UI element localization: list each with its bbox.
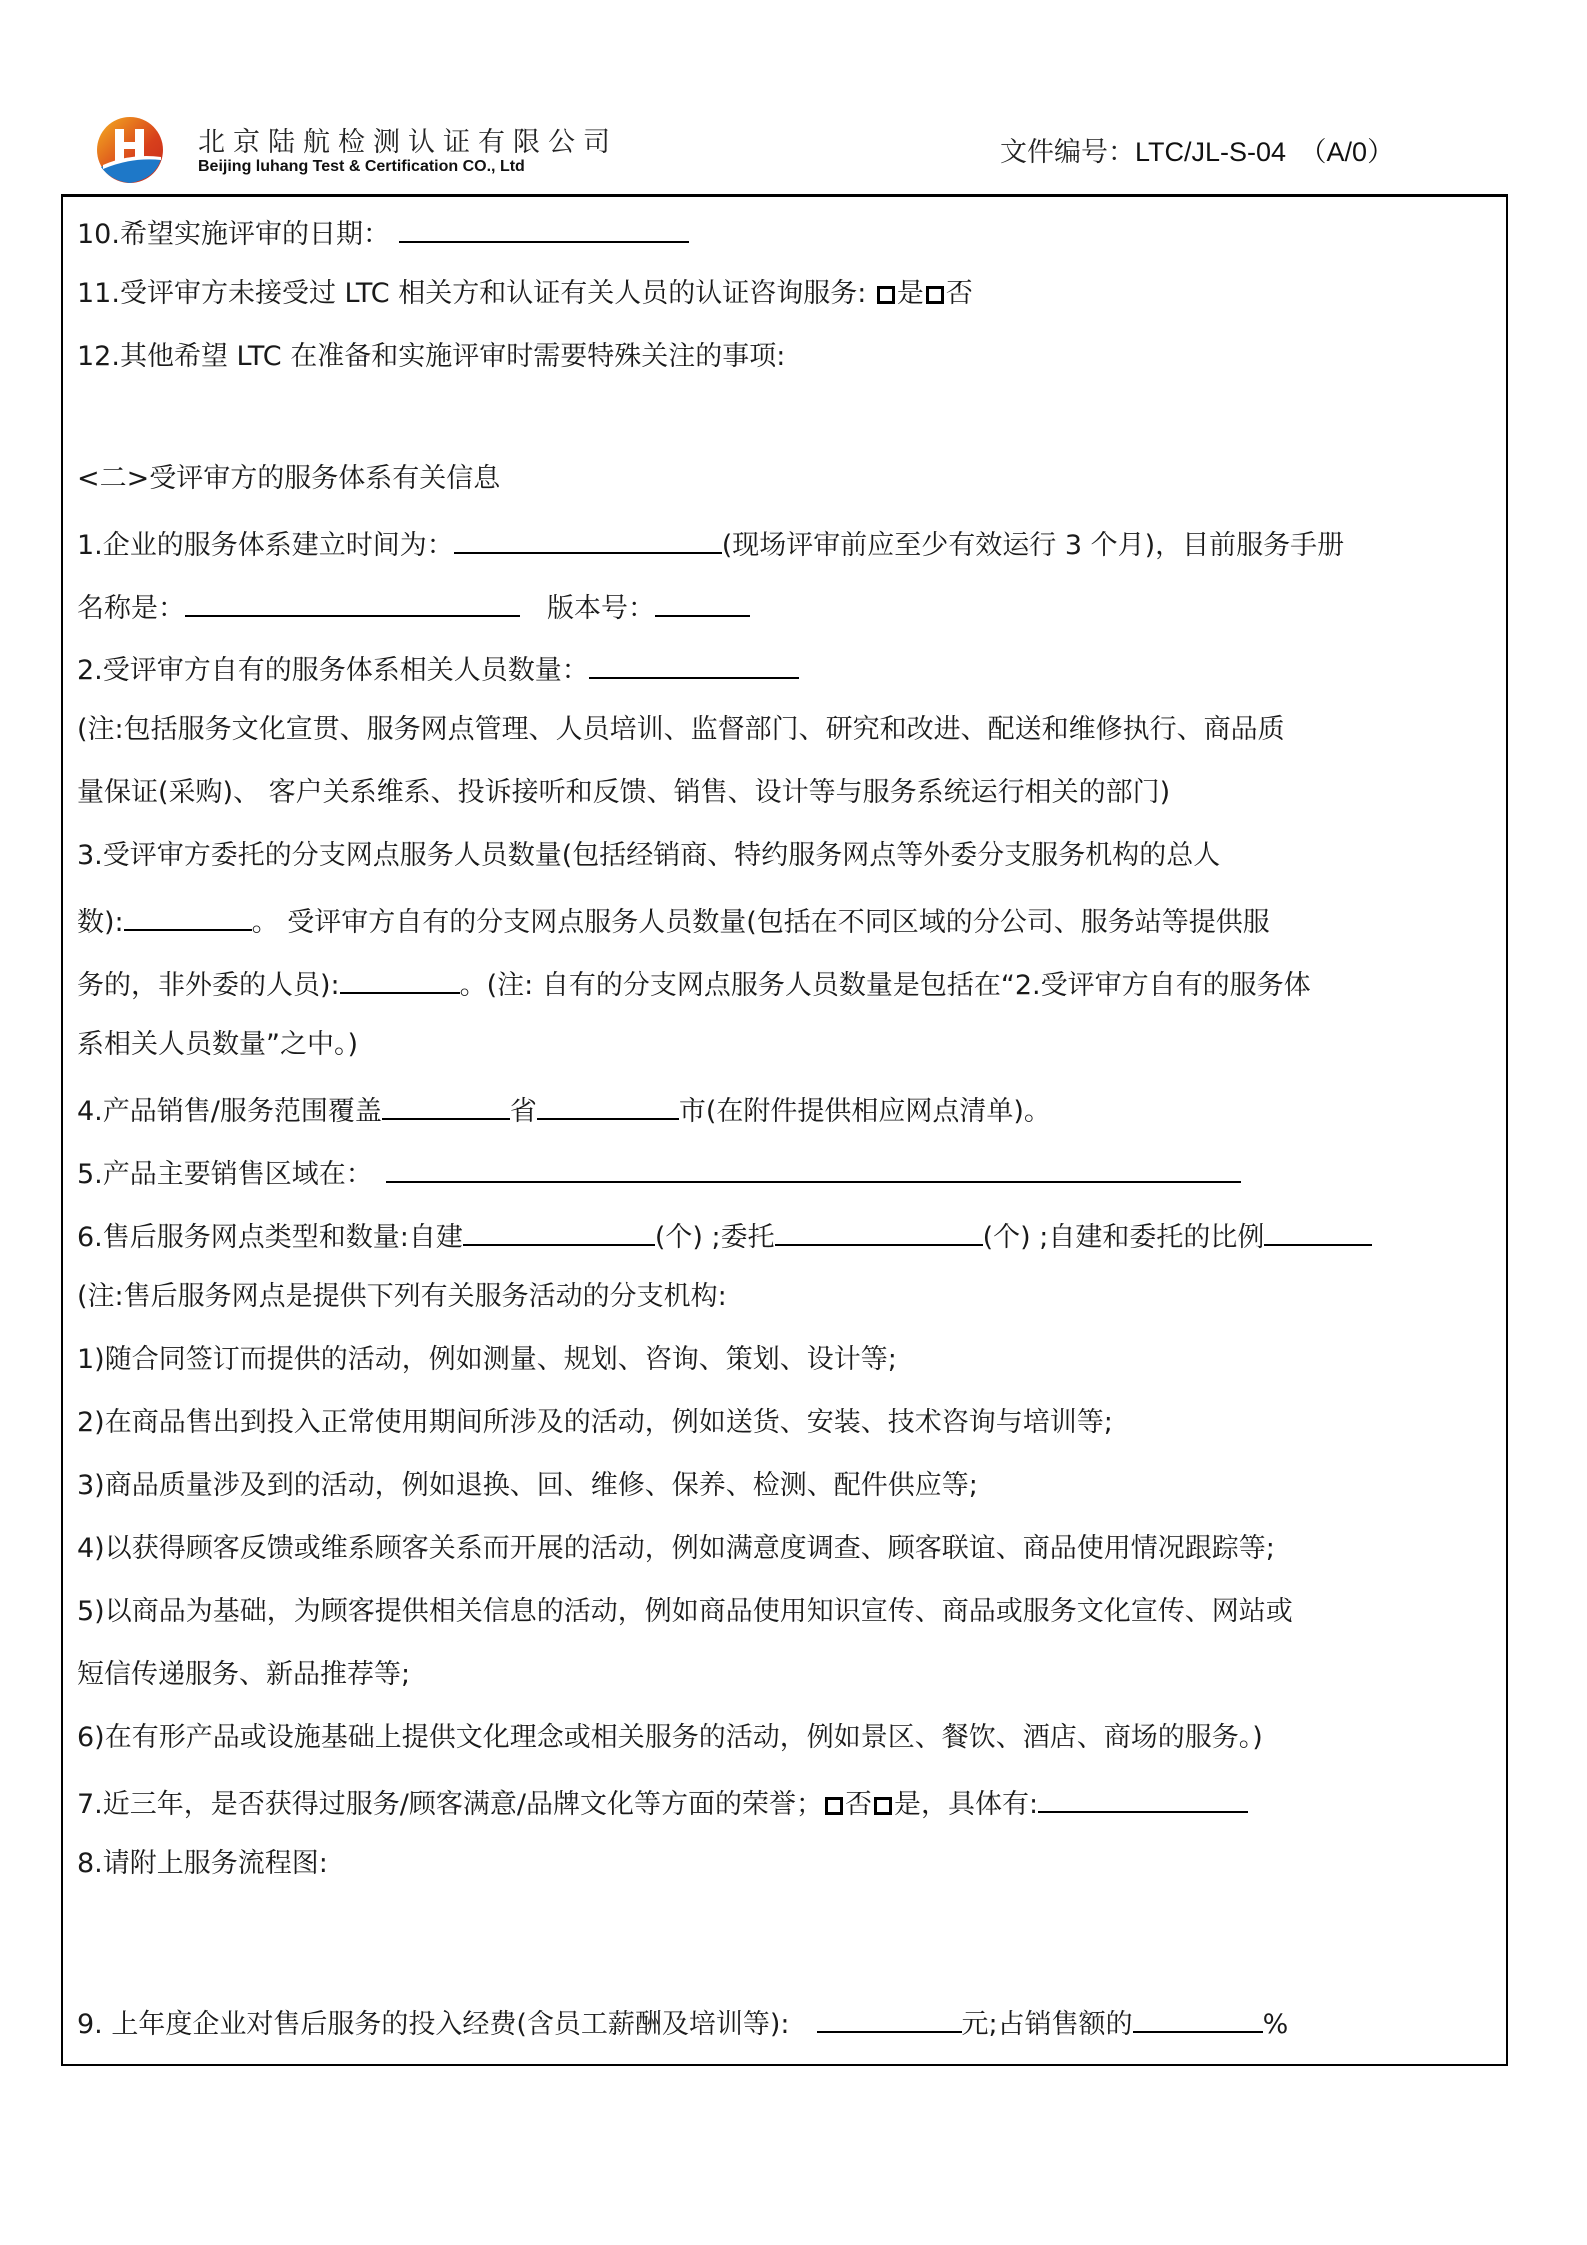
form-box: 10.希望实施评审的日期： 11.受评审方未接受过 LTC 相关方和认证有关人员… (61, 194, 1508, 2066)
s2-item-3-line2: 数):。 受评审方自有的分支网点服务人员数量(包括在不同区域的分公司、服务站等提… (77, 899, 1270, 943)
s2-item-4-label: 4.产品销售/服务范围覆盖 (77, 1096, 382, 1127)
s2-item-2-label: 2.受评审方自有的服务体系相关人员数量： (77, 655, 589, 686)
activity-list-item: 4)以获得顾客反馈或维系顾客关系而开展的活动，例如满意度调查、顾客联谊、商品使用… (77, 1529, 1275, 1569)
ratio-field[interactable] (1264, 1214, 1372, 1246)
option-no-label: 否 (946, 278, 973, 309)
activity-list-item: 5)以商品为基础，为顾客提供相关信息的活动，例如商品使用知识宣传、商品或服务文化… (77, 1592, 1293, 1632)
percent-sign: % (1263, 2009, 1289, 2040)
review-date-field[interactable] (399, 211, 689, 243)
version-label: 版本号： (547, 593, 655, 624)
company-logo-icon (95, 115, 165, 185)
s2-item-2: 2.受评审方自有的服务体系相关人员数量： (77, 647, 799, 691)
sales-percent-field[interactable] (1133, 2001, 1263, 2033)
activity-list-item: 3)商品质量涉及到的活动，例如退换、回、维修、保养、检测、配件供应等; (77, 1466, 978, 1506)
activity-list-item: 短信传递服务、新品推荐等; (77, 1655, 410, 1695)
s2-item-3-b: 。 受评审方自有的分支网点服务人员数量(包括在不同区域的分公司、服务站等提供服 (252, 907, 1270, 938)
s2-item-1-suffix: (现场评审前应至少有效运行 3 个月)，目前服务手册 (722, 530, 1344, 561)
s2-item-6-note: (注:售后服务网点是提供下列有关服务活动的分支机构: (77, 1277, 727, 1317)
s2-item-6-label: 6.售后服务网点类型和数量:自建 (77, 1222, 463, 1253)
activity-list-item: 1)随合同签订而提供的活动，例如测量、规划、咨询、策划、设计等; (77, 1340, 897, 1380)
investment-amount-field[interactable] (817, 2001, 962, 2033)
company-name-cn: 北京陆航检测认证有限公司 (198, 120, 618, 159)
s2-item-1: 1.企业的服务体系建立时间为：(现场评审前应至少有效运行 3 个月)，目前服务手… (77, 522, 1344, 566)
option-no-label: 否 (845, 1789, 872, 1820)
s2-item-7-suffix: ，具体有: (921, 1789, 1038, 1820)
s2-item-7-label: 7.近三年，是否获得过服务/顾客满意/品牌文化等方面的荣誉； (77, 1789, 823, 1820)
own-branch-staff-field[interactable] (340, 962, 460, 994)
manual-name-label: 名称是： (77, 593, 185, 624)
activity-list-item: 6)在有形产品或设施基础上提供文化理念或相关服务的活动，例如景区、餐饮、酒店、商… (77, 1718, 1263, 1758)
checkbox-no[interactable] (926, 286, 944, 304)
honors-field[interactable] (1038, 1781, 1248, 1813)
page-header: 北京陆航检测认证有限公司 Beijing luhang Test & Certi… (0, 0, 1587, 195)
staff-count-field[interactable] (589, 647, 799, 679)
outsourced-staff-field[interactable] (124, 899, 252, 931)
s2-item-3-line1: 3.受评审方委托的分支网点服务人员数量(包括经销商、特约服务网点等外委分支服务机… (77, 836, 1220, 876)
s2-item-8: 8.请附上服务流程图: (77, 1844, 328, 1884)
s2-item-5-label: 5.产品主要销售区域在： (77, 1159, 359, 1190)
flowchart-attachment-area[interactable] (77, 1897, 1477, 1997)
s2-item-9: 9. 上年度企业对售后服务的投入经费(含员工薪酬及培训等): 元;占销售额的% (77, 2001, 1288, 2045)
s2-item-6: 6.售后服务网点类型和数量:自建(个) ;委托(个) ;自建和委托的比例 (77, 1214, 1372, 1258)
document-number-label: 文件编号： (1000, 137, 1135, 168)
s2-item-3-c: 务的，非外委的人员): (77, 970, 340, 1001)
sales-region-field[interactable] (386, 1151, 1241, 1183)
option-yes-label: 是 (894, 1789, 921, 1820)
activity-list-item: 2)在商品售出到投入正常使用期间所涉及的活动，例如送货、安装、技术咨询与培训等; (77, 1403, 1113, 1443)
s2-item-4-suffix: 市(在附件提供相应网点清单)。 (679, 1096, 1051, 1127)
s2-item-1-line2: 名称是： 版本号： (77, 585, 750, 629)
item-12: 12.其他希望 LTC 在准备和实施评审时需要特殊关注的事项: (77, 337, 785, 377)
checkbox-yes[interactable] (874, 1797, 892, 1815)
s2-item-9-mid: 元;占销售额的 (962, 2009, 1133, 2040)
section-2-title: <二>受评审方的服务体系有关信息 (77, 459, 500, 499)
s2-item-6-mid1: (个) ;委托 (655, 1222, 775, 1253)
checkbox-yes[interactable] (877, 286, 895, 304)
s2-item-4: 4.产品销售/服务范围覆盖省市(在附件提供相应网点清单)。 (77, 1088, 1051, 1132)
item-11: 11.受评审方未接受过 LTC 相关方和认证有关人员的认证咨询服务: 是否 (77, 274, 973, 314)
s2-item-3-line4: 系相关人员数量”之中。) (77, 1025, 358, 1065)
entrusted-count-field[interactable] (775, 1214, 983, 1246)
province-label: 省 (510, 1096, 537, 1127)
s2-item-2-note1: (注:包括服务文化宣贯、服务网点管理、人员培训、监督部门、研究和改进、配送和维修… (77, 710, 1285, 750)
city-count-field[interactable] (537, 1088, 679, 1120)
established-date-field[interactable] (454, 522, 722, 554)
s2-item-6-mid2: (个) ;自建和委托的比例 (983, 1222, 1265, 1253)
s2-item-1-label: 1.企业的服务体系建立时间为： (77, 530, 454, 561)
company-name-en: Beijing luhang Test & Certification CO.,… (198, 158, 525, 176)
self-built-count-field[interactable] (463, 1214, 655, 1246)
document-number: 文件编号：LTC/JL-S-04 （A/0） (1000, 130, 1394, 169)
item-12-label: 12.其他希望 LTC 在准备和实施评审时需要特殊关注的事项: (77, 341, 785, 372)
item-10: 10.希望实施评审的日期： (77, 211, 689, 255)
s2-item-3-a: 数): (77, 907, 124, 938)
manual-name-field[interactable] (185, 585, 520, 617)
item-10-label: 10.希望实施评审的日期： (77, 219, 390, 250)
item-11-label: 11.受评审方未接受过 LTC 相关方和认证有关人员的认证咨询服务: (77, 278, 866, 309)
checkbox-no[interactable] (825, 1797, 843, 1815)
province-count-field[interactable] (382, 1088, 510, 1120)
s2-item-2-note2: 量保证(采购)、 客户关系维系、投诉接听和反馈、销售、设计等与服务系统运行相关的… (77, 773, 1170, 813)
s2-item-3-d: 。(注: 自有的分支网点服务人员数量是包括在“2.受评审方自有的服务体 (460, 970, 1311, 1001)
s2-item-3-line3: 务的，非外委的人员):。(注: 自有的分支网点服务人员数量是包括在“2.受评审方… (77, 962, 1311, 1006)
s2-item-7: 7.近三年，是否获得过服务/顾客满意/品牌文化等方面的荣誉；否是，具体有: (77, 1781, 1248, 1825)
document-number-value: LTC/JL-S-04 （A/0） (1135, 137, 1394, 167)
s2-item-9-label: 9. 上年度企业对售后服务的投入经费(含员工薪酬及培训等): (77, 2009, 790, 2040)
version-field[interactable] (655, 585, 750, 617)
s2-item-5: 5.产品主要销售区域在： (77, 1151, 1241, 1195)
option-yes-label: 是 (897, 278, 924, 309)
